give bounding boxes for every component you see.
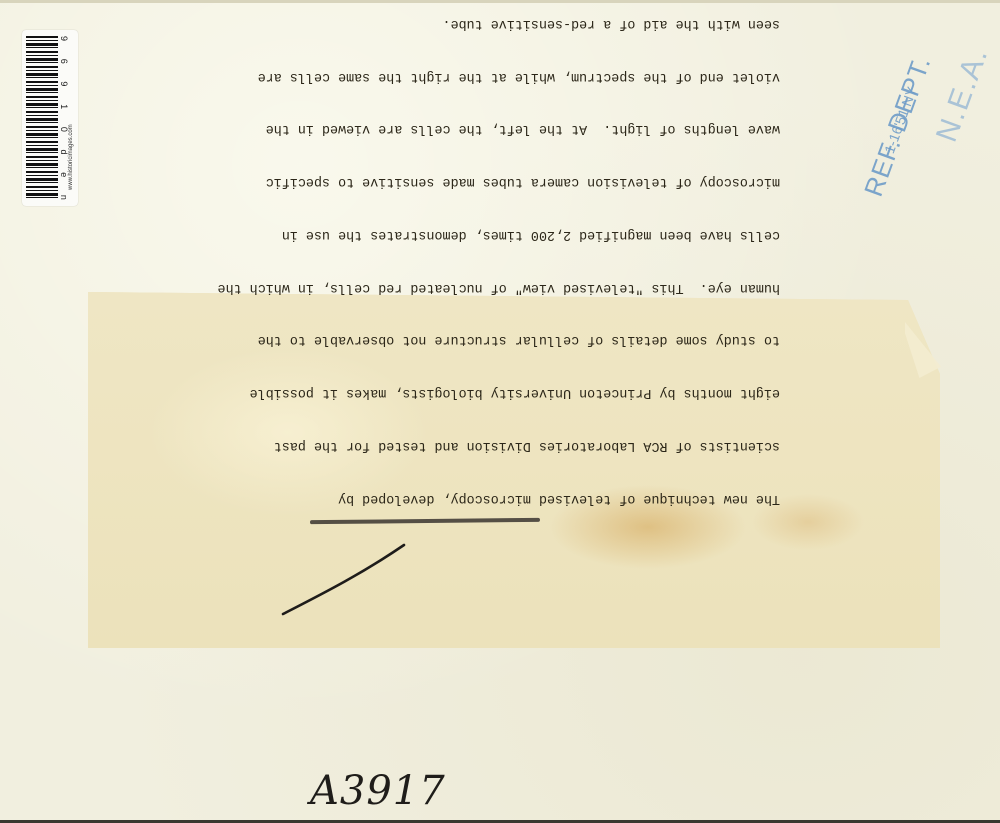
pen-arrow-icon (0, 0, 1000, 823)
handwritten-archive-number: A3917 (310, 768, 446, 814)
